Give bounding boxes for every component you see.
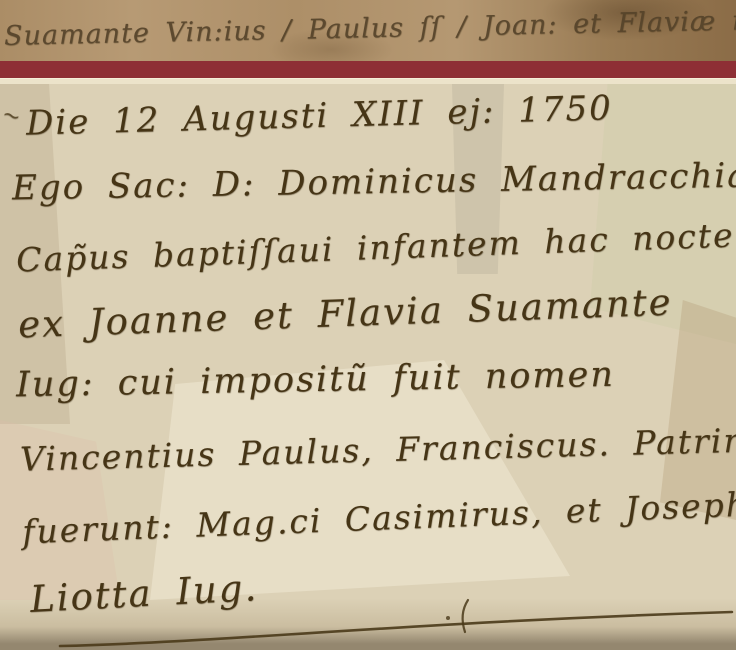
manuscript-line-child-names: Vincentius Paulus, Franciscus. Patrini bbox=[20, 420, 736, 478]
manuscript-line-godparents: fuerunt: Mag.ci Casimirus, et Josepha bbox=[22, 484, 736, 552]
manuscript-line-baptism: Cap̃us baptiſſaui infantem hac nocte bbox=[16, 215, 736, 279]
manuscript-line-date: Die 12 Augusti XIII ej: 1750 bbox=[26, 88, 614, 143]
manuscript-line-surname: Liotta Iug. bbox=[29, 566, 259, 621]
divider-bar bbox=[0, 61, 736, 78]
manuscript-line-name-intro: Iug: cui impositũ fuit nomen bbox=[16, 355, 615, 405]
manuscript-line-parents: ex Joanne et Flavia Suamante bbox=[17, 281, 673, 347]
manuscript-scan: Suamante Vin:ius / Paulus ſſ / Joan: et … bbox=[0, 0, 736, 650]
margin-annotation: Suamante Vin:ius / Paulus ſſ / Joan: et … bbox=[4, 3, 736, 52]
parchment-cream-line bbox=[0, 78, 736, 84]
paragraph-mark: ~ bbox=[0, 101, 26, 131]
manuscript-line-priest: Ego Sac: D: Dominicus Mandracchia bbox=[12, 156, 736, 209]
